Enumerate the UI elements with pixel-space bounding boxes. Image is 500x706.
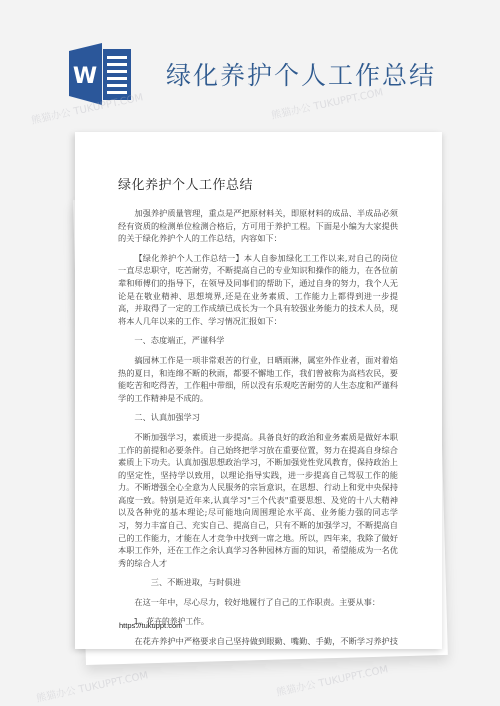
subsection-body: 在花卉养护中严格要求自己坚持做到眼勤、嘴勤、手勤，不断学习养护技能，遇到问题先动… — [118, 635, 398, 649]
summary-paragraph: 【绿化养护个人工作总结一】本人自参加绿化工工作以来,对自己的岗位一直尽忠职守，吃… — [118, 252, 398, 328]
document-page: 绿化养护个人工作总结 加强养护质量管理，重点是严把原材料关，即原材料的成品、半成… — [75, 132, 442, 649]
document-body: 绿化养护个人工作总结 加强养护质量管理，重点是严把原材料关，即原材料的成品、半成… — [118, 174, 398, 649]
section-body: 不断加强学习，素质进一步提高。具备良好的政治和业务素质是做好本职工作的前提和必要… — [118, 431, 398, 570]
section-heading: 二、认真加强学习 — [118, 411, 398, 424]
section-body: 在这一年中，尽心尽力，较好地履行了自己的工作职责。主要从事： — [118, 596, 398, 609]
preview-title: 绿化养护个人工作总结 — [166, 56, 436, 92]
document-title: 绿化养护个人工作总结 — [118, 174, 398, 193]
section-heading: 三、不断进取，与时俱进 — [118, 576, 398, 589]
source-url[interactable]: https://tukuppt.com — [119, 621, 182, 630]
svg-text:W: W — [73, 64, 97, 89]
section-body: 搞园林工作是一项非常艰苦的行业，日晒雨淋，属室外作业者，面对着焰热的夏日，和连绵… — [118, 354, 398, 404]
intro-paragraph: 加强养护质量管理，重点是严把原材料关，即原材料的成品、半成品必须经有资质的检测单… — [118, 207, 398, 245]
section-heading: 一、态度端正，严谨科学 — [118, 334, 398, 347]
watermark: 熊猫办公 TUKUPPT.COM — [275, 660, 389, 698]
watermark: 熊猫办公 TUKUPPT.COM — [35, 666, 149, 704]
